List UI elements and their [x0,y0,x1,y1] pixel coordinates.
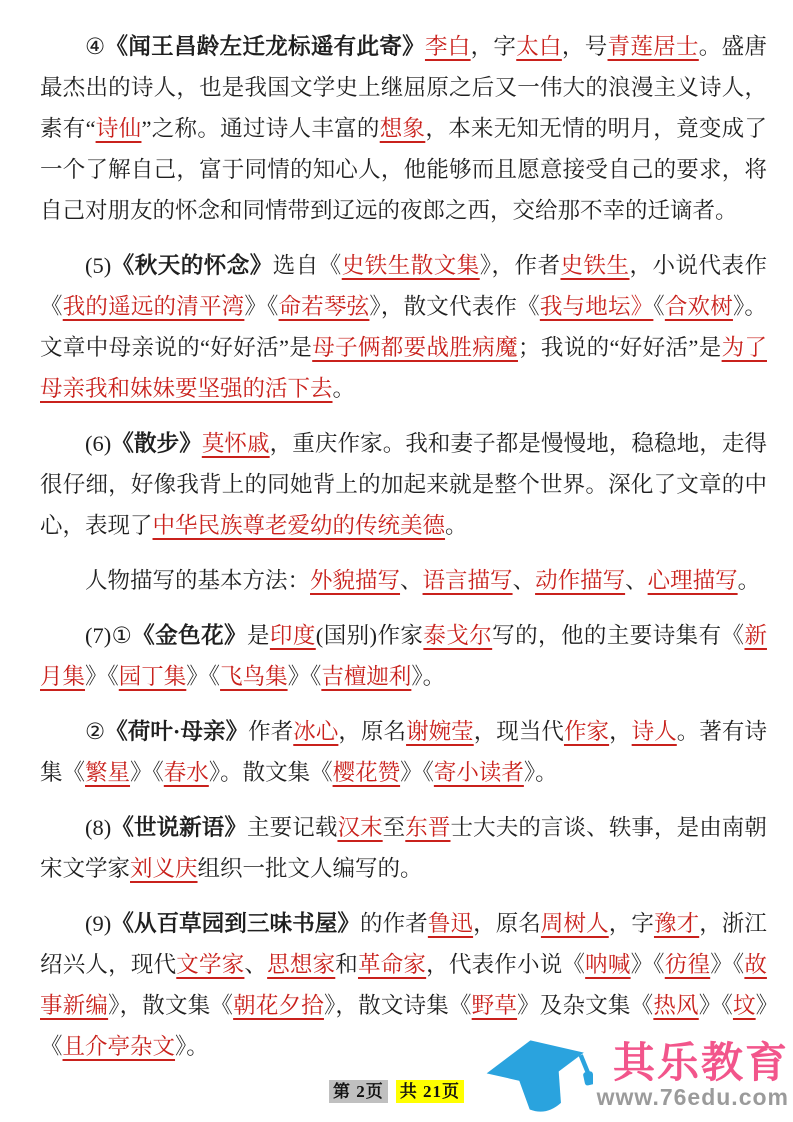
highlighted-term: 呐喊 [585,952,630,977]
text-segment: (9) [85,911,111,936]
highlighted-term: 诗仙 [96,116,142,141]
highlighted-term: 中华民族尊老爱幼的传统美德 [153,513,446,538]
highlighted-term: 刘义庆 [130,856,198,881]
text-segment: ② [85,719,105,744]
text-segment: 》，散文集《 [108,993,233,1018]
text-segment: 》，作者 [480,253,561,278]
highlighted-term: 热风 [653,993,698,1018]
text-segment: ，号 [562,34,608,59]
highlighted-term: 命若琴弦 [279,294,370,319]
highlighted-term: 汉末 [337,815,382,840]
highlighted-term: 吉檀迦利 [321,664,411,689]
text-segment: 。 [445,513,468,538]
text-segment: 》《 [699,993,733,1018]
highlighted-term: 我的遥远的清平湾 [63,294,245,319]
text-segment: 组织一批文人编写的。 [198,856,423,881]
highlighted-term: 文学家 [176,952,244,977]
highlighted-term: 园丁集 [119,664,187,689]
highlighted-term: 彷徨 [665,952,710,977]
text-segment: 》。散文集《 [209,760,333,785]
brand-text-block: 其乐教育 www.76edu.com [597,1041,789,1110]
highlighted-term: 春水 [164,760,209,785]
highlighted-term: 合欢树 [665,294,733,319]
highlighted-term: 野草 [472,993,517,1018]
text-segment: 》《 [244,294,278,319]
text-segment: (5) [85,253,111,278]
highlighted-term: 想象 [380,116,426,141]
text-segment: 、 [400,568,423,593]
paragraph: ④《闻王昌龄左迁龙标遥有此寄》李白，字太白，号青莲居士。盛唐最杰出的诗人，也是我… [40,26,767,231]
text-segment: 》。 [524,760,558,785]
work-title-bold: 《从百草园到三味书屋》 [111,911,360,936]
highlighted-term: 寄小读者 [434,760,524,785]
highlighted-term: 豫才 [654,911,699,936]
text-segment: 》。 [411,664,445,689]
highlighted-term: 青莲居士 [608,34,699,59]
highlighted-term: 太白 [516,34,562,59]
text-segment: (国别)作家 [316,623,424,648]
text-segment: 》《 [288,664,322,689]
text-segment: ④ [85,34,106,59]
text-segment: 》《 [85,664,119,689]
paragraph: (5)《秋天的怀念》选自《史铁生散文集》，作者史铁生，小说代表作《我的遥远的清平… [40,245,767,409]
text-segment: 是 [247,623,270,648]
highlighted-term: 母子俩都要战胜病魔 [312,335,518,360]
text-segment: 主要记载 [247,815,337,840]
work-title-bold: 《秋天的怀念》 [111,253,272,278]
text-segment: ，字 [471,34,517,59]
highlighted-term: 李白 [425,34,471,59]
highlighted-term: 且介亭杂文 [63,1034,176,1059]
total-pages-badge: 共 21页 [396,1080,464,1103]
text-segment: 》《 [186,664,220,689]
highlighted-term: 坟 [733,993,756,1018]
highlighted-term: 心理描写 [648,568,738,593]
highlighted-term: 飞鸟集 [220,664,288,689]
text-segment: 》《 [400,760,434,785]
highlighted-term: 泰戈尔 [423,623,492,648]
text-segment: 。 [738,568,761,593]
text-segment: ，现当代 [474,719,564,744]
highlighted-term: 作家 [564,719,609,744]
text-segment: (6) [85,431,111,456]
text-segment: 选自《 [273,253,342,278]
text-segment: 》及杂文集《 [517,993,653,1018]
text-segment: 》，散文代表作《 [369,294,539,319]
text-segment: ，字 [609,911,654,936]
highlighted-term: 繁星 [85,760,130,785]
text-segment: ，原名 [473,911,541,936]
text-segment: ，原名 [338,719,406,744]
graduation-cap-icon [483,1032,593,1120]
text-segment: ；我说的“好好活”是 [518,335,722,360]
paragraph: (7)①《金色花》是印度(国别)作家泰戈尔写的，他的主要诗集有《新月集》《园丁集… [40,615,767,697]
highlighted-term: 莫怀戚 [202,431,270,456]
highlighted-term: 谢婉莹 [406,719,474,744]
text-segment: 》《 [631,952,665,977]
text-segment: 作者 [248,719,293,744]
text-segment: 》《 [710,952,744,977]
work-title-bold: 《金色花》 [132,623,247,648]
text-segment: 》《 [130,760,164,785]
highlighted-term: 革命家 [358,952,426,977]
work-title-bold: 《荷叶·母亲》 [105,719,248,744]
text-segment: 至 [383,815,406,840]
highlighted-term: 诗人 [632,719,677,744]
brand-url-text: www.76edu.com [597,1085,789,1110]
paragraph: 人物描写的基本方法：外貌描写、语言描写、动作描写、心理描写。 [40,560,767,601]
highlighted-term: 朝花夕拾 [233,993,324,1018]
document-body: ④《闻王昌龄左迁龙标遥有此寄》李白，字太白，号青莲居士。盛唐最杰出的诗人，也是我… [40,26,767,1081]
text-segment: 的作者 [360,911,428,936]
highlighted-term: 我与地坛》 [540,294,654,319]
paragraph: (6)《散步》莫怀戚，重庆作家。我和妻子都是慢慢地，稳稳地，走得很仔细，好像我背… [40,423,767,546]
highlighted-term: 外貌描写 [310,568,400,593]
work-title-bold: 《散步》 [111,431,202,456]
highlighted-term: 语言描写 [423,568,513,593]
text-segment: 》，散文诗集《 [324,993,472,1018]
text-segment: 、 [513,568,536,593]
highlighted-term: 思想家 [267,952,335,977]
text-segment: ，代表作小说《 [426,952,585,977]
text-segment: (8) [85,815,111,840]
text-segment: ”之称。通过诗人丰富的 [141,116,379,141]
brand-watermark: 其乐教育 www.76edu.com [483,1032,789,1120]
brand-name-text: 其乐教育 [613,1041,789,1085]
document-page: ④《闻王昌龄左迁龙标遥有此寄》李白，字太白，号青莲居士。盛唐最杰出的诗人，也是我… [0,0,793,1122]
text-segment: ， [609,719,632,744]
highlighted-term: 东晋 [405,815,450,840]
text-segment: 。 [333,376,356,401]
highlighted-term: 冰心 [293,719,338,744]
text-segment: 》。 [175,1034,209,1059]
highlighted-term: 印度 [270,623,316,648]
current-page-badge: 第 2页 [329,1080,388,1103]
highlighted-term: 樱花赞 [333,760,401,785]
text-segment: 、 [625,568,648,593]
text-segment: 写的，他的主要诗集有《 [492,623,744,648]
text-segment: 《 [653,294,664,319]
highlighted-term: 周树人 [541,911,609,936]
highlighted-term: 鲁迅 [428,911,473,936]
text-segment: 、 [244,952,267,977]
text-segment: 和 [335,952,358,977]
work-title-bold: 《世说新语》 [111,815,247,840]
text-segment: (7)① [85,623,132,648]
text-segment: 人物描写的基本方法： [85,568,310,593]
paragraph: ②《荷叶·母亲》作者冰心，原名谢婉莹，现当代作家，诗人。著有诗集《繁星》《春水》… [40,711,767,793]
work-title-bold: 《闻王昌龄左迁龙标遥有此寄》 [106,34,425,59]
highlighted-term: 动作描写 [535,568,625,593]
highlighted-term: 史铁生散文集 [342,253,480,278]
highlighted-term: 史铁生 [560,253,629,278]
paragraph: (8)《世说新语》主要记载汉末至东晋士大夫的言谈、轶事，是由南朝宋文学家刘义庆组… [40,807,767,889]
